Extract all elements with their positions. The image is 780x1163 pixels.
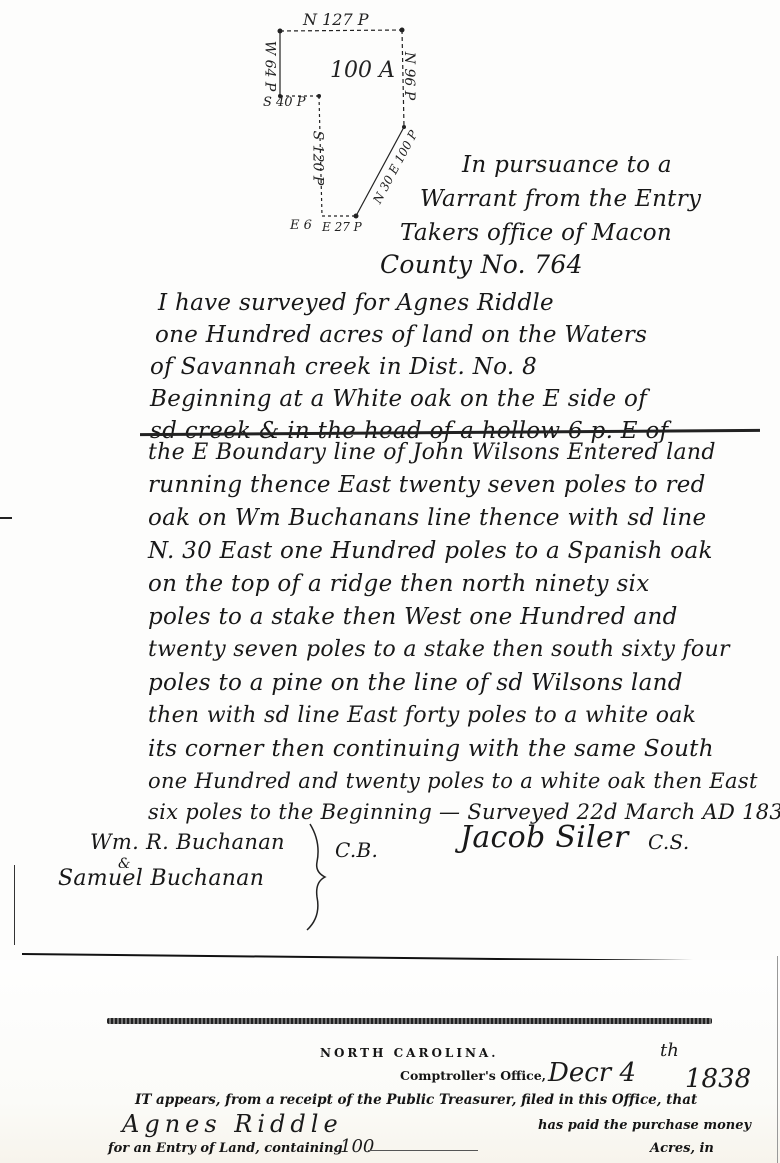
plat-label-bottom-left: E 6 [290,218,312,233]
plat-area-label: 100 A [330,58,395,83]
right-border-line [777,956,778,1163]
decorative-rule [107,1018,712,1024]
chain-bearer-2: Samuel Buchanan [58,866,264,891]
body-line-13: poles to a pine on the line of sd Wilson… [148,670,683,696]
heading-line-1: In pursuance to a [462,152,672,178]
body-line-4: Beginning at a White oak on the E side o… [150,386,647,412]
heading-line-3: Takers office of Macon [400,220,672,246]
plat-label-left: W 64 P [261,41,277,92]
certificate-line-3-prefix: for an Entry of Land, containing [108,1141,343,1156]
heading-line-4: County No. 764 [380,250,583,279]
body-line-10: on the top of a ridge then north ninety … [148,571,649,597]
body-line-14: then with sd line East forty poles to a … [148,703,696,728]
certificate-line-3-suffix: Acres, in [650,1141,714,1156]
body-line-8: oak on Wm Buchanans line thence with sd … [148,505,706,531]
body-line-11: poles to a stake then West one Hundred a… [148,604,678,630]
brace-icon [305,822,335,932]
surveyor-role: C.S. [648,830,690,854]
chain-bearer-1: Wm. R. Buchanan [90,830,285,854]
body-line-9: N. 30 East one Hundred poles to a Spanis… [148,538,713,564]
plat-label-right: N 96 P [401,52,417,100]
certificate-office: Comptroller's Office, [400,1068,546,1083]
body-line-6: the E Boundary line of John Wilsons Ente… [148,440,716,465]
certificate-line-2-suffix: has paid the purchase money [538,1118,751,1133]
plat-label-bottom: E 27 P [322,220,362,234]
left-border-line [14,865,15,945]
body-line-1: I have surveyed for Agnes Riddle [158,290,554,316]
body-line-3: of Savannah creek in Dist. No. 8 [150,354,537,380]
plat-label-middle: S 120 P [309,131,325,186]
body-line-16: one Hundred and twenty poles to a white … [148,769,758,793]
body-line-2: one Hundred acres of land on the Waters [155,322,647,348]
chain-bearer-role: C.B. [335,838,378,862]
plat-label-top: N 127 P [303,10,368,29]
certificate-date-superscript: th [660,1040,679,1061]
certificate-line-1: IT appears, from a receipt of the Public… [135,1092,697,1108]
acres-underline [368,1150,478,1151]
plat-label-step: S 40 P [263,95,305,110]
heading-line-2: Warrant from the Entry [420,186,701,212]
certificate-year: 1838 [685,1064,751,1094]
certificate-date: Decr 4 [548,1058,636,1088]
margin-mark [0,517,12,519]
body-line-12: twenty seven poles to a stake then south… [148,637,730,662]
body-line-15: its corner then continuing with the same… [148,736,714,762]
surveyor-signature: Jacob Siler [460,820,629,855]
certificate-payee: Agnes Riddle [122,1110,343,1138]
certificate-acres: 100 [340,1136,374,1157]
body-line-7: running thence East twenty seven poles t… [148,472,706,498]
scanned-document-page: N 127 P W 64 P 100 A N 96 P S 40 P S 120… [0,0,780,1163]
certificate-state-title: NORTH CAROLINA. [320,1046,498,1060]
